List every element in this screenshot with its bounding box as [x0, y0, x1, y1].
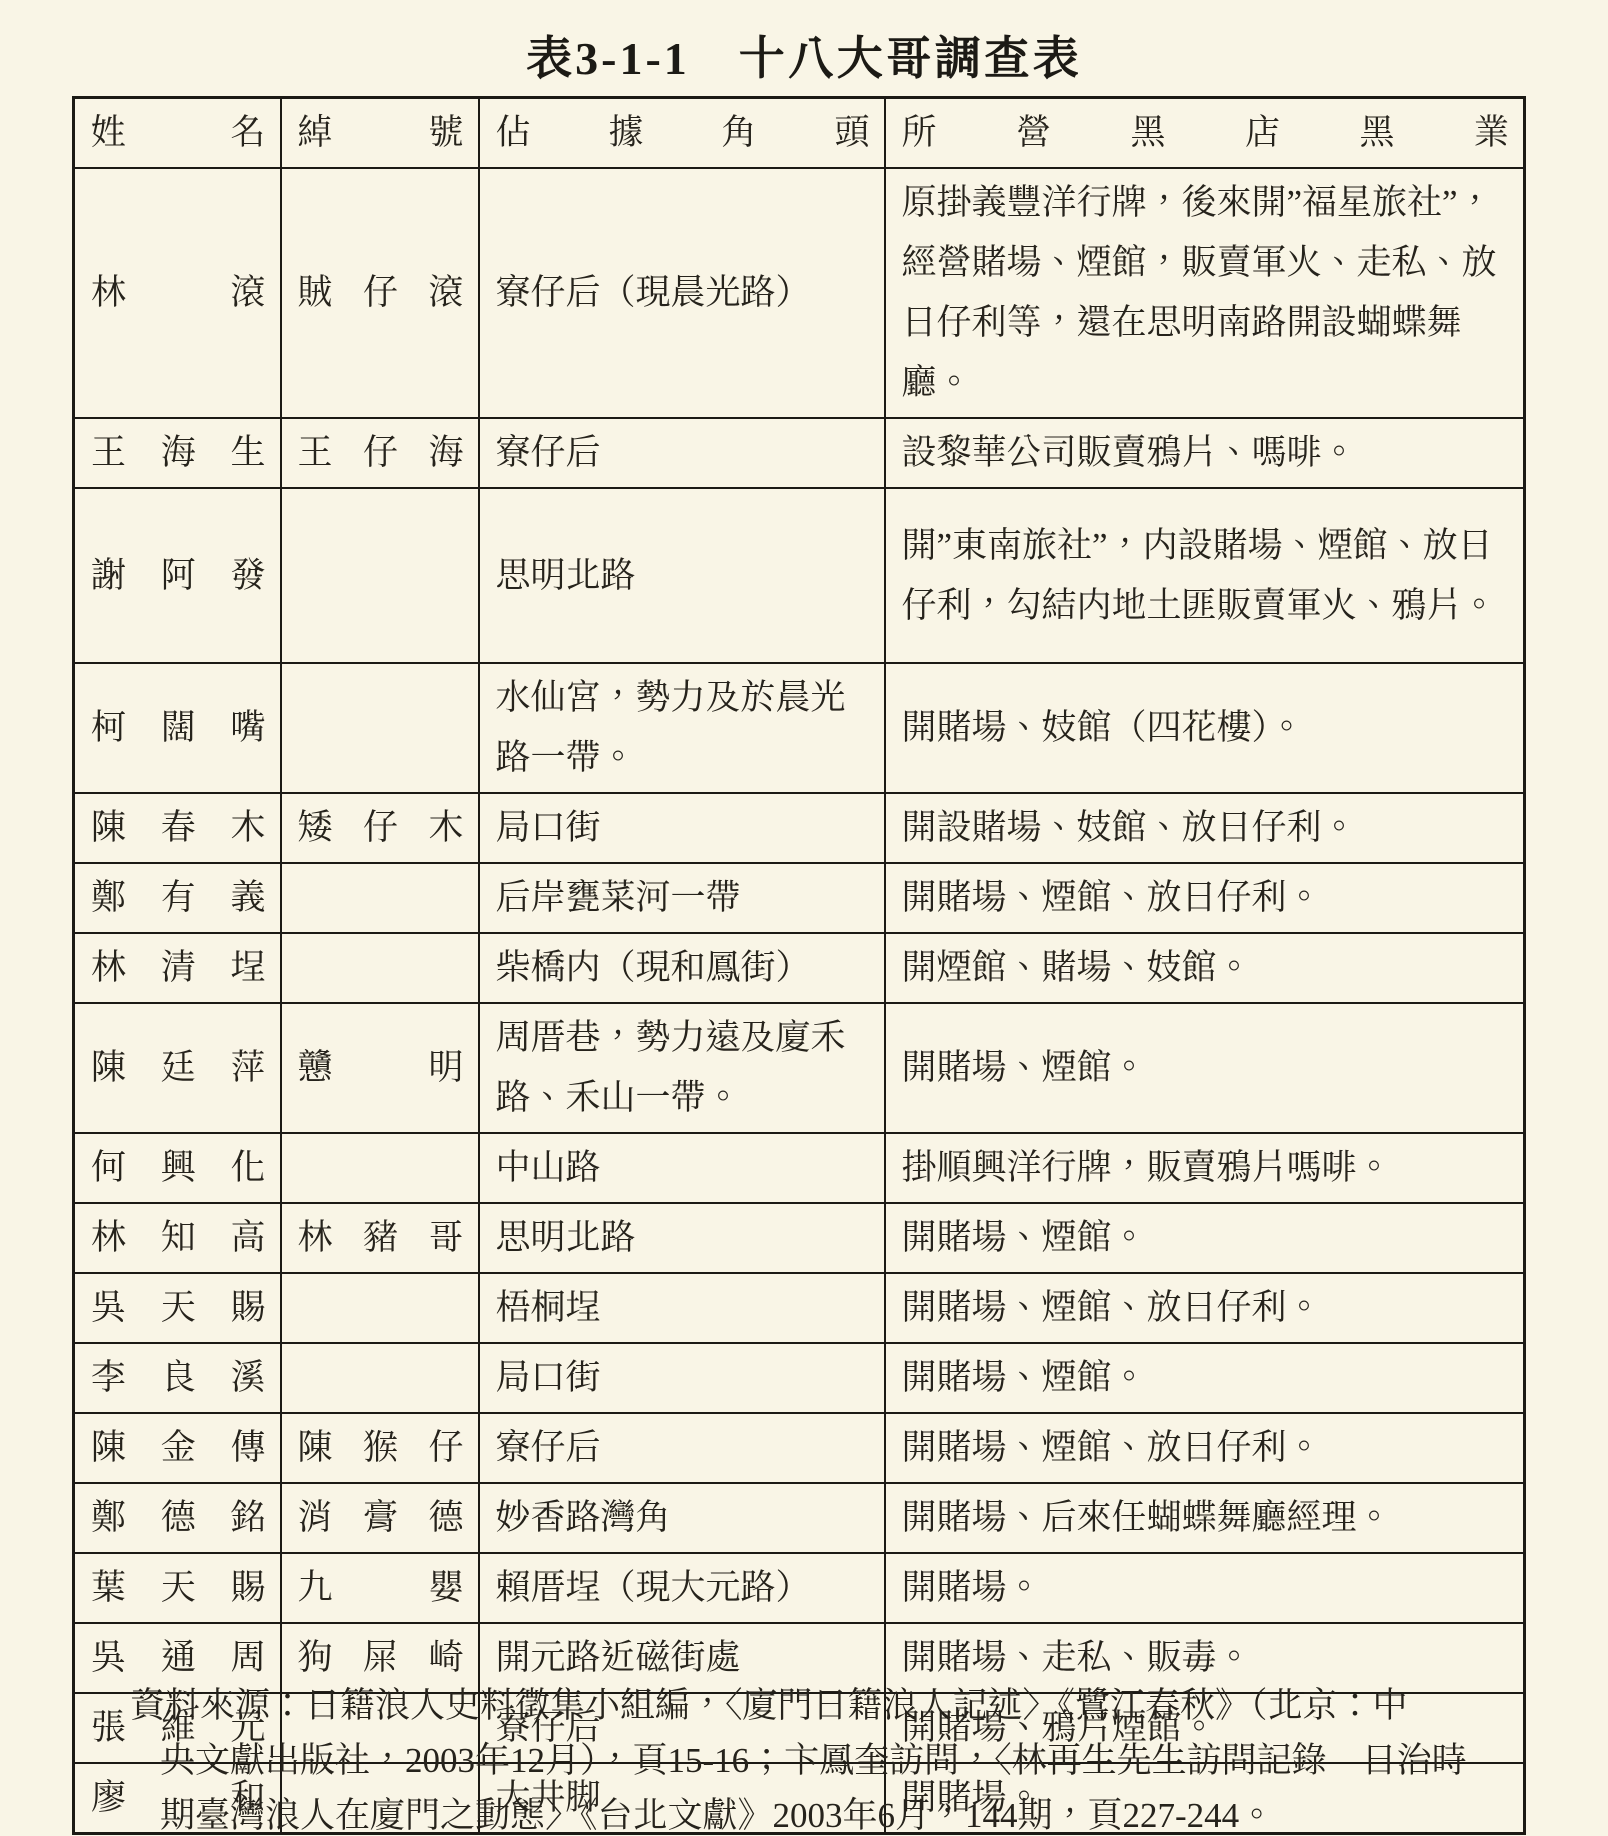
header-row: 姓名 綽號 佔據角頭 所營黑店黑業 — [74, 98, 1525, 169]
name-cell: 李良溪 — [74, 1343, 281, 1413]
territory-cell: 中山路 — [479, 1133, 885, 1203]
nickname-cell: 矮仔木 — [281, 793, 479, 863]
source-note-line: 央文獻出版社，2003年12月），頁15-16；卞鳳奎訪問，〈林再生先生訪問記錄… — [130, 1733, 1530, 1788]
business-cell: 開賭場、煙館、放日仔利。 — [885, 1273, 1525, 1343]
business-cell: 開煙館、賭場、妓館。 — [885, 933, 1525, 1003]
name-cell: 何興化 — [74, 1133, 281, 1203]
business-cell: 開賭場、煙館。 — [885, 1003, 1525, 1133]
business-cell: 開賭場、煙館、放日仔利。 — [885, 863, 1525, 933]
header-nickname: 綽號 — [281, 98, 479, 169]
business-cell: 開賭場、妓館（四花樓）。 — [885, 663, 1525, 793]
territory-cell: 局口街 — [479, 1343, 885, 1413]
nickname-cell: 陳猴仔 — [281, 1413, 479, 1483]
table-row: 何興化 中山路 掛順興洋行牌，販賣鴉片嗎啡。 — [74, 1133, 1525, 1203]
source-note: 資料來源：日籍浪人史料徵集小組編，〈廈門日籍浪人記述〉《鷺江春秋》（北京：中 央… — [130, 1678, 1530, 1836]
table-row: 陳春木 矮仔木 局口街 開設賭場、妓館、放日仔利。 — [74, 793, 1525, 863]
survey-table: 姓名 綽號 佔據角頭 所營黑店黑業 林滾 賊仔滾 寮仔后（現晨光路） 原掛義豐洋… — [72, 96, 1526, 1835]
territory-cell: 周厝巷，勢力遠及廈禾路、禾山一帶。 — [479, 1003, 885, 1133]
table-row: 鄭有義 后岸甕菜河一帶 開賭場、煙館、放日仔利。 — [74, 863, 1525, 933]
business-cell: 開賭場、煙館。 — [885, 1343, 1525, 1413]
nickname-cell — [281, 1133, 479, 1203]
territory-cell: 妙香路灣角 — [479, 1483, 885, 1553]
table-row: 林清埕 柴橋内（現和鳳街） 開煙館、賭場、妓館。 — [74, 933, 1525, 1003]
territory-cell: 柴橋内（現和鳳街） — [479, 933, 885, 1003]
territory-cell: 后岸甕菜河一帶 — [479, 863, 885, 933]
nickname-cell: 林豬哥 — [281, 1203, 479, 1273]
name-cell: 柯闊嘴 — [74, 663, 281, 793]
territory-cell: 寮仔后（現晨光路） — [479, 168, 885, 418]
nickname-cell: 九嬰 — [281, 1553, 479, 1623]
table-row: 陳金傳 陳猴仔 寮仔后 開賭場、煙館、放日仔利。 — [74, 1413, 1525, 1483]
page-title: 表3-1-1 十八大哥調查表 — [0, 0, 1608, 94]
nickname-cell — [281, 488, 479, 663]
business-cell: 開賭場、煙館、放日仔利。 — [885, 1413, 1525, 1483]
territory-cell: 寮仔后 — [479, 418, 885, 488]
business-cell: 開賭場。 — [885, 1553, 1525, 1623]
table-row: 謝阿發 思明北路 開”東南旅社”，内設賭場、煙館、放日仔利，勾結内地土匪販賣軍火… — [74, 488, 1525, 663]
name-cell: 林清埕 — [74, 933, 281, 1003]
nickname-cell: 賊仔滾 — [281, 168, 479, 418]
name-cell: 林知高 — [74, 1203, 281, 1273]
nickname-cell — [281, 1343, 479, 1413]
business-cell: 開設賭場、妓館、放日仔利。 — [885, 793, 1525, 863]
name-cell: 吳天賜 — [74, 1273, 281, 1343]
nickname-cell — [281, 863, 479, 933]
nickname-cell: 消膏德 — [281, 1483, 479, 1553]
territory-cell: 梧桐埕 — [479, 1273, 885, 1343]
nickname-cell: 王仔海 — [281, 418, 479, 488]
name-cell: 王海生 — [74, 418, 281, 488]
table-row: 林滾 賊仔滾 寮仔后（現晨光路） 原掛義豐洋行牌，後來開”福星旅社”，經營賭場、… — [74, 168, 1525, 418]
territory-cell: 水仙宮，勢力及於晨光路一帶。 — [479, 663, 885, 793]
name-cell: 陳金傳 — [74, 1413, 281, 1483]
territory-cell: 思明北路 — [479, 488, 885, 663]
table-row: 葉天賜 九嬰 賴厝埕（現大元路） 開賭場。 — [74, 1553, 1525, 1623]
name-cell: 葉天賜 — [74, 1553, 281, 1623]
nickname-cell — [281, 1273, 479, 1343]
table-row: 王海生 王仔海 寮仔后 設黎華公司販賣鴉片、嗎啡。 — [74, 418, 1525, 488]
name-cell: 鄭德銘 — [74, 1483, 281, 1553]
territory-cell: 思明北路 — [479, 1203, 885, 1273]
name-cell: 鄭有義 — [74, 863, 281, 933]
name-cell: 謝阿發 — [74, 488, 281, 663]
business-cell: 開賭場、后來任蝴蝶舞廳經理。 — [885, 1483, 1525, 1553]
territory-cell: 賴厝埕（現大元路） — [479, 1553, 885, 1623]
name-cell: 陳廷萍 — [74, 1003, 281, 1133]
survey-table-container: 姓名 綽號 佔據角頭 所營黑店黑業 林滾 賊仔滾 寮仔后（現晨光路） 原掛義豐洋… — [72, 96, 1526, 1835]
business-cell: 開賭場、煙館。 — [885, 1203, 1525, 1273]
nickname-cell: 戇明 — [281, 1003, 479, 1133]
name-cell: 林滾 — [74, 168, 281, 418]
table-row: 林知高 林豬哥 思明北路 開賭場、煙館。 — [74, 1203, 1525, 1273]
territory-cell: 寮仔后 — [479, 1413, 885, 1483]
table-row: 李良溪 局口街 開賭場、煙館。 — [74, 1343, 1525, 1413]
territory-cell: 局口街 — [479, 793, 885, 863]
source-note-line: 期臺灣浪人在廈門之動態〉《台北文獻》2003年6月，144期，頁227-244。 — [130, 1788, 1530, 1836]
header-territory: 佔據角頭 — [479, 98, 885, 169]
table-row: 柯闊嘴 水仙宮，勢力及於晨光路一帶。 開賭場、妓館（四花樓）。 — [74, 663, 1525, 793]
table-row: 吳天賜 梧桐埕 開賭場、煙館、放日仔利。 — [74, 1273, 1525, 1343]
nickname-cell — [281, 663, 479, 793]
business-cell: 掛順興洋行牌，販賣鴉片嗎啡。 — [885, 1133, 1525, 1203]
business-cell: 開”東南旅社”，内設賭場、煙館、放日仔利，勾結内地土匪販賣軍火、鴉片。 — [885, 488, 1525, 663]
name-cell: 陳春木 — [74, 793, 281, 863]
table-row: 鄭德銘 消膏德 妙香路灣角 開賭場、后來任蝴蝶舞廳經理。 — [74, 1483, 1525, 1553]
business-cell: 原掛義豐洋行牌，後來開”福星旅社”，經營賭場、煙館，販賣軍火、走私、放日仔利等，… — [885, 168, 1525, 418]
business-cell: 設黎華公司販賣鴉片、嗎啡。 — [885, 418, 1525, 488]
nickname-cell — [281, 933, 479, 1003]
header-business: 所營黑店黑業 — [885, 98, 1525, 169]
header-name: 姓名 — [74, 98, 281, 169]
source-note-line: 資料來源：日籍浪人史料徵集小組編，〈廈門日籍浪人記述〉《鷺江春秋》（北京：中 — [130, 1678, 1530, 1733]
table-row: 陳廷萍 戇明 周厝巷，勢力遠及廈禾路、禾山一帶。 開賭場、煙館。 — [74, 1003, 1525, 1133]
